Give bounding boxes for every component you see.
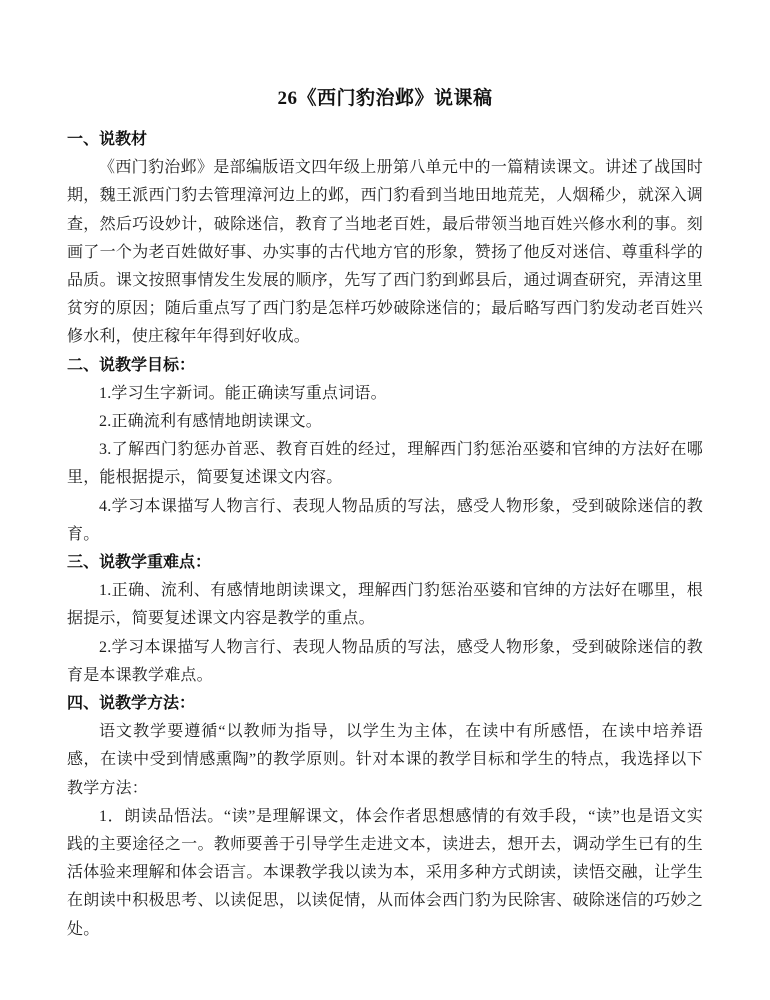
document-section: 一、说教材 《西门豹治邺》是部编版语文四年级上册第八单元中的一篇精读课文。讲述了… [67, 126, 703, 352]
document-title: 26《西门豹治邺》说课稿 [67, 84, 703, 114]
paragraph: 1.正确、流利、有感情地朗读课文，理解西门豹惩治巫婆和官绅的方法好在哪里，根据提… [67, 577, 703, 633]
document-section: 三、说教学重难点： 1.正确、流利、有感情地朗读课文，理解西门豹惩治巫婆和官绅的… [67, 549, 703, 690]
document-page: 26《西门豹治邺》说课稿 一、说教材 《西门豹治邺》是部编版语文四年级上册第八单… [0, 0, 770, 1000]
section-heading: 一、说教材 [67, 126, 703, 154]
document-body: 一、说教材 《西门豹治邺》是部编版语文四年级上册第八单元中的一篇精读课文。讲述了… [67, 126, 703, 944]
paragraph: 2.学习本课描写人物言行、表现人物品质的写法，感受人物形象，受到破除迷信的教育是… [67, 634, 703, 690]
paragraph: 1．朗读品悟法。“读”是理解课文，体会作者思想感情的有效手段，“读”也是语文实践… [67, 803, 703, 944]
paragraph: 4.学习本课描写人物言行、表现人物品质的写法，感受人物形象，受到破除迷信的教育。 [67, 493, 703, 549]
paragraph: 3.了解西门豹惩办首恶、教育百姓的经过，理解西门豹惩治巫婆和官绅的方法好在哪里，… [67, 436, 703, 492]
section-heading: 三、说教学重难点： [67, 549, 703, 577]
paragraph: 2.正确流利有感情地朗读课文。 [67, 408, 703, 436]
section-heading: 四、说教学方法： [67, 690, 703, 718]
paragraph: 《西门豹治邺》是部编版语文四年级上册第八单元中的一篇精读课文。讲述了战国时期，魏… [67, 154, 703, 351]
paragraph: 语文教学要遵循“以教师为指导，以学生为主体，在读中有所感悟，在读中培养语感，在读… [67, 718, 703, 803]
section-heading: 二、说教学目标： [67, 352, 703, 380]
document-section: 四、说教学方法： 语文教学要遵循“以教师为指导，以学生为主体，在读中有所感悟，在… [67, 690, 703, 944]
paragraph: 1.学习生字新词。能正确读写重点词语。 [67, 380, 703, 408]
document-section: 二、说教学目标： 1.学习生字新词。能正确读写重点词语。 2.正确流利有感情地朗… [67, 352, 703, 549]
